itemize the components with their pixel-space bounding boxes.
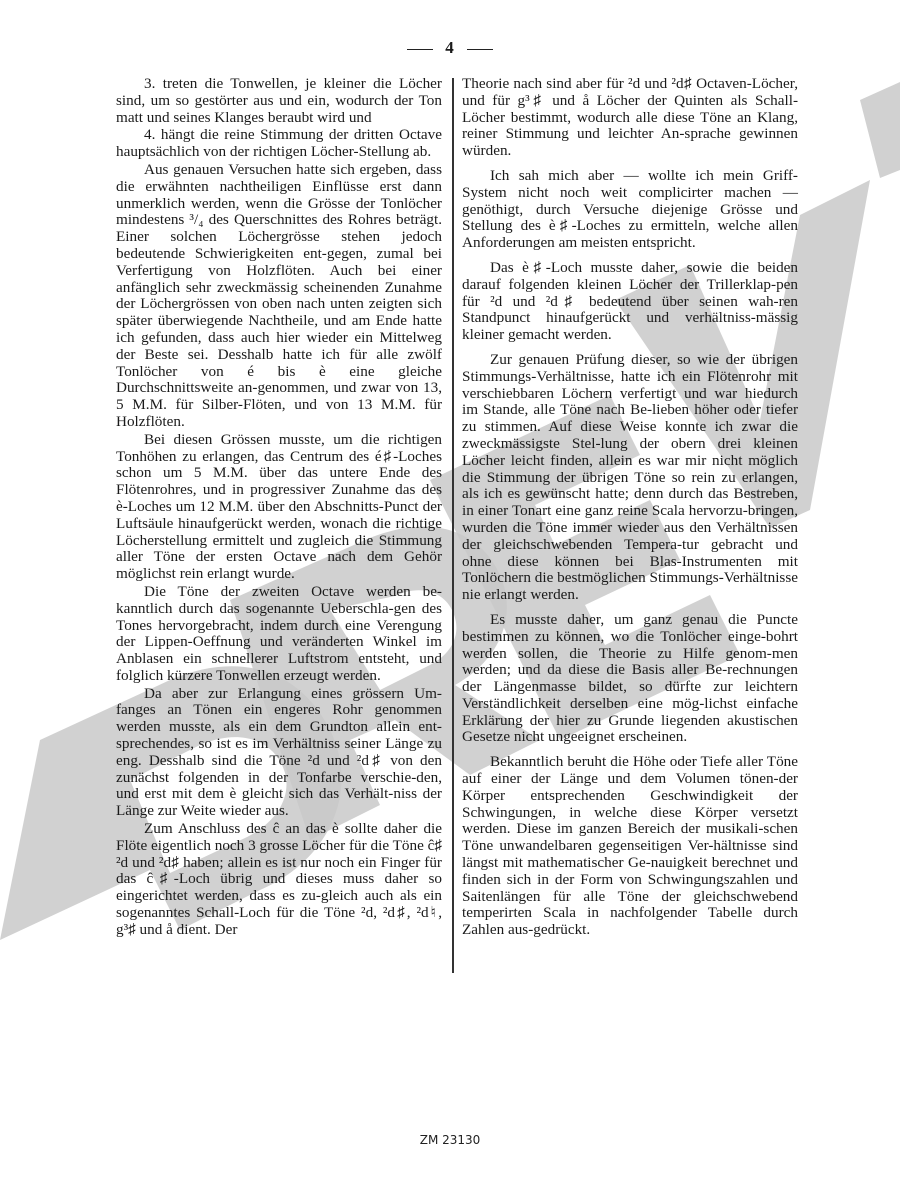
left-column: 3. treten die Tonwellen, je kleiner die … <box>116 76 442 940</box>
paragraph: Ich sah mich aber — wollte ich mein Grif… <box>462 168 798 252</box>
paragraph: 4. hängt die reine Stimmung der dritten … <box>116 127 442 161</box>
column-divider <box>452 78 454 973</box>
paragraph: Zum Anschluss des ĉ an das è sollte dahe… <box>116 821 442 939</box>
paragraph: Die Töne der zweiten Octave werden be-ka… <box>116 584 442 685</box>
paragraph: 3. treten die Tonwellen, je kleiner die … <box>116 76 442 126</box>
page-number: 4 <box>445 38 455 57</box>
paragraph: Das è♯-Loch musste daher, sowie die beid… <box>462 260 798 344</box>
paragraph: Bekanntlich beruht die Höhe oder Tiefe a… <box>462 754 798 939</box>
right-column: Theorie nach sind aber für ²d und ²d♯ Oc… <box>462 76 798 940</box>
paragraph: Es musste daher, um ganz genau die Punct… <box>462 612 798 746</box>
paragraph: Aus genauen Versuchen hatte sich ergeben… <box>116 162 442 431</box>
header-dash-left <box>407 49 433 50</box>
paragraph: Bei diesen Grössen musste, um die richti… <box>116 432 442 583</box>
catalog-number: ZM 23130 <box>0 1133 900 1147</box>
paragraph: Zur genauen Prüfung dieser, so wie der ü… <box>462 352 798 604</box>
paragraph: Theorie nach sind aber für ²d und ²d♯ Oc… <box>462 76 798 160</box>
header-dash-right <box>467 49 493 50</box>
page-header: 4 <box>0 38 900 58</box>
paragraph: Da aber zur Erlangung eines grössern Um-… <box>116 686 442 820</box>
